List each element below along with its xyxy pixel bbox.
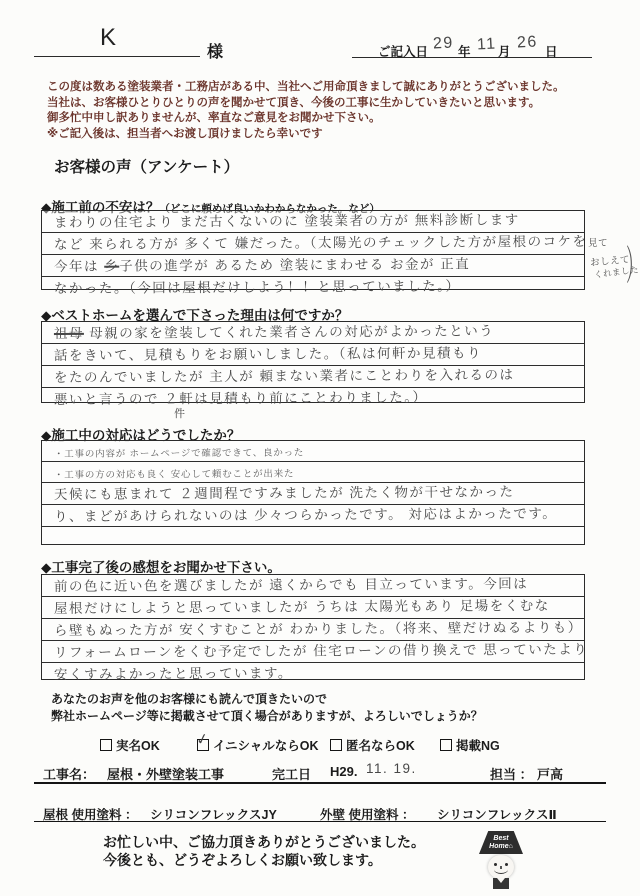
answer-strikeout: 乡 [104,259,119,274]
answer-text: 悪いと言うので ２軒は見積もり前にことわりました。） [54,386,428,408]
answer-line: 今年は 乡子供の進学が あるため 塗装にまわせる お金が 正直 [42,255,584,277]
survey-title: お客様の声（アンケート） [54,155,239,177]
answer-line: 安くすみよかったと思っています。 [42,663,584,684]
checkbox-label: 掲載NG [456,736,500,754]
publish-consent-text: あなたのお声を他のお客様にも読んで頂きたいので 弊社ホームページ等に掲載させて頂… [51,691,483,724]
answer-box-q1: まわりの住宅より まだ古くないのに 塗装業者の方が 無料診断します など 来られ… [41,210,585,290]
mascot-body [493,878,509,889]
mascot-smile [494,865,508,874]
intro-line: 当社は、お客様ひとりひとりの声を聞かせて頂き、今後の工事に生かしていきたいと思い… [47,96,612,112]
mascot-collar [497,878,505,883]
publish-line: あなたのお声を他のお客様にも読んで頂きたいので [51,691,483,708]
checkbox-icon[interactable] [440,739,452,751]
checkbox-icon[interactable] [100,739,112,751]
answer-text: 安くすみよかったと思っています。 [54,662,293,683]
checkbox-anonymous-ok[interactable]: 匿名ならOK [330,736,415,754]
project-name-label: 工事名： [43,764,95,783]
answer-text: をたのんでいましたが 主人が 頼まない業者にことわりを入れるのは [54,363,515,386]
answer-text: 天候にも恵まれて ２週間程ですみましたが 洗たく物が干せなかった [54,480,515,503]
margin-note-line: 見て [588,235,608,249]
mascot-face [488,855,514,879]
answer-text: り、まどがあけられないのは 少々つらかったです。 対応はよかったです。 [54,502,557,525]
date-day-unit: 日 [545,42,558,60]
answer-text: 前の色に近い色を選びましたが 遠くからでも 目立っています。今回は [54,572,528,595]
intro-line: この度は数ある塗装業者・工務店がある中、当社へご用命頂きまして誠にありがとうござ… [47,80,612,96]
answer-line: など 来られる方が 多くて 嫌だった。（太陽光のチェックした方が屋根のコケを [42,233,584,255]
date-month-unit: 月 [498,42,511,60]
intro-line: 御多忙中申し訳ありませんが、率直なご意見をお聞かせ下さい。 [47,111,612,127]
answer-pre: 今年は [54,259,104,274]
checkbox-label: 匿名ならOK [346,736,415,754]
honorific-label: 様 [207,39,223,62]
answer-box-q3: ・工事の内容が ホームページで確認できて、良かった ・工事の方の対応も良く 安心… [41,440,585,545]
checkmark-icon: ✓ [194,729,212,750]
answer-text: など 来られる方が 多くて 嫌だった。（太陽光のチェックした方が屋根のコケを [54,230,588,253]
checkbox-real-name-ok[interactable]: 実名OK [100,736,160,754]
checkbox-label: 実名OK [116,736,160,754]
answer-text: ら壁もぬった方が 安くすむことが わかりました。（将来、壁だけぬるよりも） [54,616,583,639]
checkbox-icon[interactable] [330,739,342,751]
answer-line: をたのんでいましたが 主人が 頼まない業者にことわりを入れるのは [42,366,584,388]
intro-line: ※ご記入後は、担当者へお渡し頂けましたら幸いです [47,127,612,143]
project-name-value: 屋根・外壁塗装工事 [107,764,224,783]
answer-text: 屋根だけにしようと思っていましたが うちは 太陽光もあり 足場をくむな [54,594,550,617]
answer-text: 話をきいて、見積もりをお願いしました。（私は何軒か見積もり [54,341,482,364]
answer-box-q2: 祖母 母親の家を塗装してくれた業者さんの対応がよかったという 話をきいて、見積も… [41,321,585,403]
answer-line: 悪いと言うので ２軒は見積もり前にことわりました。） [42,388,584,409]
mascot-roof-hat: Best Home⌂ [479,831,523,854]
date-label: ご記入日 [378,42,428,60]
date-year-value: 29 [433,34,455,53]
checkbox-icon-checked[interactable]: ✓ [197,739,209,751]
staff-label: 担当 ： [490,764,533,783]
answer-line: リフォームローンをくむ予定でしたが 住宅ローンの借り換えで 思っていたより [42,641,584,663]
staff-value: 戸高 [537,764,563,783]
answer-line: なかった。（今回は屋根だけしよう！！と思っていました。） [42,277,584,298]
wall-paint-value: シリコンフレックスⅡ [437,805,557,823]
closing-message: お忙しい中、ご協力頂きありがとうございました。 今後とも、どうぞよろしくお願い致… [103,834,425,869]
answer-line [42,527,584,544]
mascot-hat-text: Best [479,835,523,843]
date-month-value: 11 [477,35,498,54]
mascot-hat-text: Home⌂ [479,843,523,851]
roof-paint-label: 屋根 使用塗料 ： [43,805,137,823]
answer-text: ・工事の方の対応も良く 安心して頼むことが出来た [54,466,294,481]
customer-name-initial: K [100,24,117,52]
completion-date-label: 完工日 [272,764,311,783]
publish-line: 弊社ホームページ等に掲載させて頂く場合がありますが、よろしいでしょうか？ [51,708,483,725]
answer-body: 母親の家を塗装してくれた業者さんの対応がよかったという [84,323,494,341]
wall-paint-label: 外壁 使用塗料 ： [320,805,414,823]
answer-text: 今年は 乡子供の進学が あるため 塗装にまわせる お金が 正直 [54,252,470,275]
correction-character: 件 [174,405,187,421]
completion-date-value: 11. 19. [366,761,417,776]
answer-line: ・工事の内容が ホームページで確認できて、良かった [42,441,584,462]
house-icon: ⌂ [509,843,513,850]
roof-paint-value: シリコンフレックスJY [150,805,277,823]
answer-text: なかった。（今回は屋根だけしよう！！と思っていました。） [54,275,461,297]
answer-body: 子供の進学が あるため 塗装にまわせる お金が 正直 [119,256,470,273]
date-year-unit: 年 [458,42,471,60]
answer-text: まわりの住宅より まだ古くないのに 塗装業者の方が 無料診断します [54,208,520,231]
answer-box-q4: 前の色に近い色を選びましたが 遠くからでも 目立っています。今回は 屋根だけにし… [41,574,585,680]
closing-line: お忙しい中、ご協力頂きありがとうございました。 [103,834,425,852]
completion-era-prefix: H29. [330,764,357,779]
checkbox-publish-ng[interactable]: 掲載NG [440,736,500,754]
besthome-mascot-stamp: Best Home⌂ [479,831,523,891]
closing-line: 今後とも、どうぞよろしくお願い致します。 [103,852,425,870]
margin-note-paren: ） [626,233,640,292]
checkbox-label: イニシャルならOK [213,736,319,754]
answer-text: ・工事の内容が ホームページで確認できて、良かった [54,444,304,460]
intro-paragraph: この度は数ある塗装業者・工務店がある中、当社へご用命頂きまして誠にありがとうござ… [47,80,612,142]
answer-line: り、まどがあけられないのは 少々つらかったです。 対応はよかったです。 [42,505,584,527]
checkbox-initial-ok[interactable]: ✓ イニシャルならOK [197,736,319,754]
answer-line: 祖母 母親の家を塗装してくれた業者さんの対応がよかったという [42,322,584,344]
answer-text: リフォームローンをくむ予定でしたが 住宅ローンの借り換えで 思っていたより [54,638,588,661]
date-day-value: 26 [517,33,539,52]
answer-strikeout: 祖母 [54,326,84,341]
answer-text: 祖母 母親の家を塗装してくれた業者さんの対応がよかったという [54,319,494,342]
